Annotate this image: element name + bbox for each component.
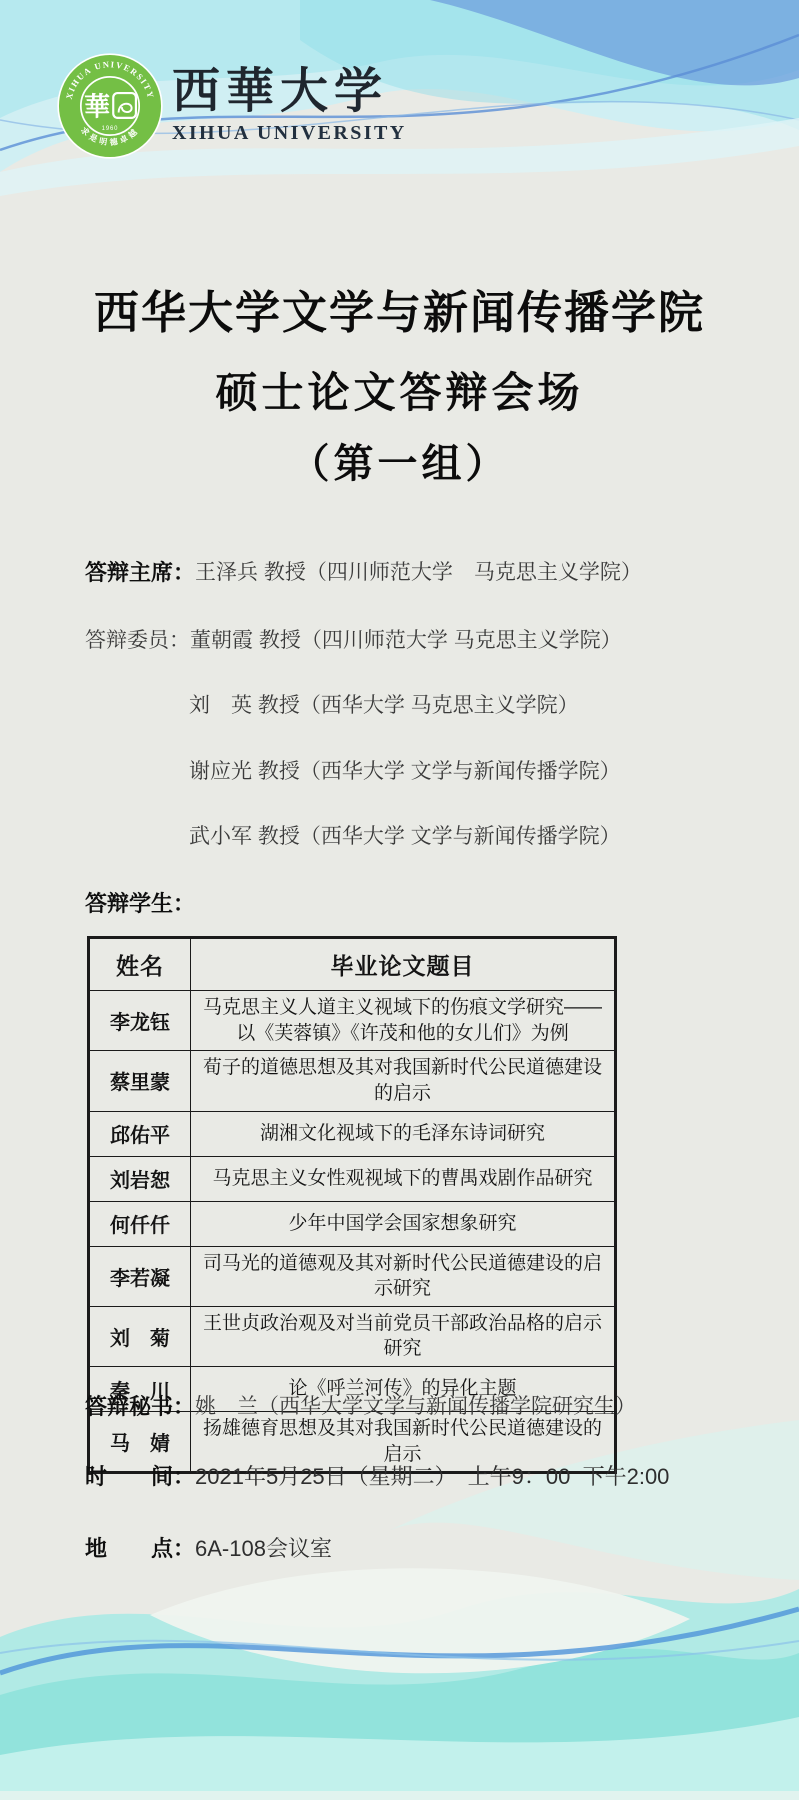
column-header-thesis-title: 毕业论文题目 [191,938,616,991]
logo-seal-character: 華 [84,93,110,122]
thesis-title-cell: 司马光的道德观及其对新时代公民道德建设的启示研究 [191,1246,616,1306]
table-row: 邱佑平湖湘文化视域下的毛泽东诗词研究 [89,1111,616,1156]
university-name-latin: XIHUA UNIVERSITY [172,122,407,145]
students-label: 答辩学生： [85,887,195,918]
university-logo: XIHUA UNIVERSITY 求是明德卓越 華 1960 [56,52,164,160]
student-name-cell: 何仟仟 [89,1201,191,1246]
defense-location-line: 地 点：6A-108会议室 [85,1531,332,1563]
table-row: 刘岩恕马克思主义女性观视域下的曹禺戏剧作品研究 [89,1156,616,1201]
committee-members: 答辩委员：董朝霞 教授（四川师范大学 马克思主义学院） 刘 英 教授（西华大学 … [85,606,622,868]
student-name-cell: 李龙钰 [89,991,191,1051]
students-section-label-line: 答辩学生： [85,886,195,918]
committee-member-name: 刘 英 教授（西华大学 马克思主义学院） [189,689,579,719]
committee-member-line: 武小军 教授（西华大学 文学与新闻传播学院） [85,803,622,869]
table-header-row: 姓名 毕业论文题目 [89,938,616,991]
thesis-title-cell: 荀子的道德思想及其对我国新时代公民道德建设的启示 [191,1051,616,1111]
thesis-title-cell: 马克思主义女性观视域下的曹禺戏剧作品研究 [191,1156,616,1201]
defense-secretary-label: 答辩秘书： [85,1390,195,1421]
page-title-line2: 硕士论文答辩会场 [0,360,799,420]
table-row: 何仟仟少年中国学会国家想象研究 [89,1201,616,1246]
defense-secretary-name: 姚 兰（西华大学文学与新闻传播学院研究生） [195,1390,636,1420]
defense-time-line: 时 间：2021年5月25日（星期二） 上午9：00 下午2:00 [85,1459,669,1491]
thesis-title-cell: 马克思主义人道主义视域下的伤痕文学研究——以《芙蓉镇》《许茂和他的女儿们》为例 [191,991,616,1051]
table-row: 蔡里蒙荀子的道德思想及其对我国新时代公民道德建设的启示 [89,1051,616,1111]
table-row: 李龙钰马克思主义人道主义视域下的伤痕文学研究——以《芙蓉镇》《许茂和他的女儿们》… [89,991,616,1051]
defense-chair-line: 答辩主席：王泽兵 教授（四川师范大学 马克思主义学院） [85,555,642,587]
student-name-cell: 刘 菊 [89,1306,191,1366]
student-name-cell: 蔡里蒙 [89,1051,191,1111]
committee-member-line: 谢应光 教授（西华大学 文学与新闻传播学院） [85,737,622,803]
committee-member-name: 谢应光 教授（西华大学 文学与新闻传播学院） [189,755,621,785]
defense-location-value: 6A-108会议室 [195,1532,332,1563]
table-row: 李若凝司马光的道德观及其对新时代公民道德建设的启示研究 [89,1246,616,1306]
table-row: 刘 菊王世贞政治观及对当前党员干部政治品格的启示研究 [89,1306,616,1366]
defense-location-label: 地 点： [85,1532,195,1563]
thesis-title-cell: 王世贞政治观及对当前党员干部政治品格的启示研究 [191,1306,616,1366]
committee-members-label: 答辩委员： [85,624,190,654]
student-name-cell: 邱佑平 [89,1111,191,1156]
defense-time-label: 时 间： [85,1460,195,1491]
thesis-title-cell: 湖湘文化视域下的毛泽东诗词研究 [191,1111,616,1156]
column-header-name: 姓名 [89,938,191,991]
defense-secretary-line: 答辩秘书：姚 兰（西华大学文学与新闻传播学院研究生） [85,1389,636,1421]
university-name-calligraphy: 西華大学 [172,66,407,119]
student-name-cell: 刘岩恕 [89,1156,191,1201]
committee-member-line: 答辩委员：董朝霞 教授（四川师范大学 马克思主义学院） [85,606,622,672]
university-wordmark: 西華大学 XIHUA UNIVERSITY [172,66,407,145]
committee-member-line: 刘 英 教授（西华大学 马克思主义学院） [85,672,622,738]
page-title-line1: 西华大学文学与新闻传播学院 [0,276,799,341]
logo-founding-year: 1960 [102,126,119,132]
student-name-cell: 李若凝 [89,1246,191,1306]
page-title-group: （第一组） [0,432,799,489]
committee-member-name: 武小军 教授（西华大学 文学与新闻传播学院） [189,820,621,850]
defense-chair-name: 王泽兵 教授（四川师范大学 马克思主义学院） [195,556,642,586]
thesis-defense-poster: XIHUA UNIVERSITY 求是明德卓越 華 1960 西華大学 XIHU… [0,0,799,1800]
defense-time-value: 2021年5月25日（星期二） 上午9：00 下午2:00 [195,1460,669,1491]
thesis-title-cell: 少年中国学会国家想象研究 [191,1201,616,1246]
committee-member-name: 董朝霞 教授（四川师范大学 马克思主义学院） [190,624,622,654]
defense-chair-label: 答辩主席： [85,556,195,587]
